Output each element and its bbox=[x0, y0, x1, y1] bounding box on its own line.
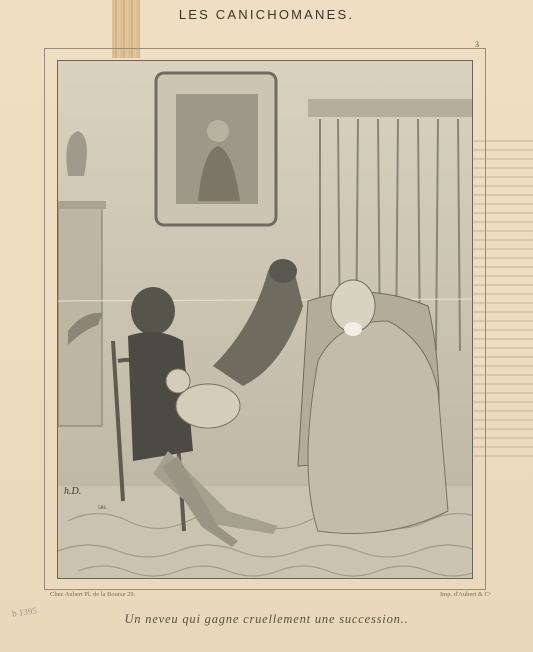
lithograph-image bbox=[57, 60, 473, 579]
series-title: LES CANICHOMANES. bbox=[0, 7, 533, 22]
lithograph-illustration bbox=[58, 61, 472, 578]
publisher-line: Chez Aubert Pl. de la Bourse 29. bbox=[50, 591, 135, 598]
stone-number: 581 bbox=[98, 505, 106, 511]
caption: Un neveu qui gagne cruellement une succe… bbox=[0, 612, 533, 627]
artist-signature: h.D. bbox=[64, 486, 81, 497]
printer-line: Imp. d'Aubert & Cᵉ bbox=[440, 591, 491, 598]
